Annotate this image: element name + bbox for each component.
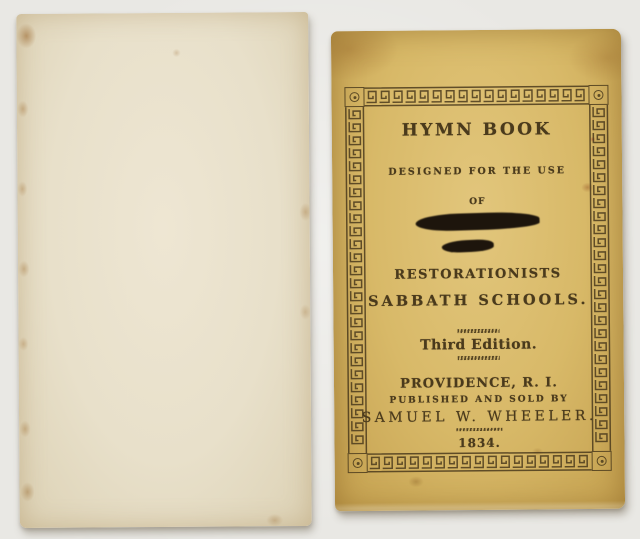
corner-dot (597, 93, 600, 96)
greek-key-border-bottom (368, 451, 592, 473)
ink-blotch-large (415, 211, 539, 232)
line-of: OF (345, 196, 609, 208)
border-corner-ornament (588, 85, 608, 105)
rule-above-edition (458, 329, 500, 333)
line-published-by: PUBLISHED AND SOLD BY (347, 394, 611, 406)
ink-blotch-small (442, 239, 494, 253)
greek-key-border-top (364, 85, 588, 107)
corner-ring (349, 92, 359, 102)
corner-ring (353, 458, 363, 468)
line-sabbath-schools: SABBATH SCHOOLS. (346, 291, 610, 310)
hymn-book-cover: HYMN BOOK DESIGNED FOR THE USE OF RESTOR… (331, 29, 625, 512)
border-corner-ornament (592, 451, 612, 471)
corner-dot (356, 462, 359, 465)
line-year: 1834. (347, 435, 611, 451)
line-third-edition: Third Edition. (347, 336, 611, 354)
blank-cover (16, 12, 312, 528)
photo-scene: HYMN BOOK DESIGNED FOR THE USE OF RESTOR… (0, 0, 640, 539)
corner-dot (353, 96, 356, 99)
rule-above-year (456, 428, 502, 431)
line-providence: PROVIDENCE, R. I. (347, 375, 611, 392)
border-corner-ornament (348, 453, 368, 473)
line-designed-for: DESIGNED FOR THE USE (345, 165, 609, 178)
corner-ring (593, 90, 603, 100)
line-restorationists: RESTORATIONISTS (346, 266, 610, 283)
border-corner-ornament (344, 87, 364, 107)
line-publisher-name: SAMUEL W. WHEELER. (347, 408, 611, 426)
corner-ring (597, 456, 607, 466)
title-hymn-book: HYMN BOOK (345, 119, 609, 141)
corner-dot (600, 459, 603, 462)
rule-below-edition (458, 356, 500, 360)
